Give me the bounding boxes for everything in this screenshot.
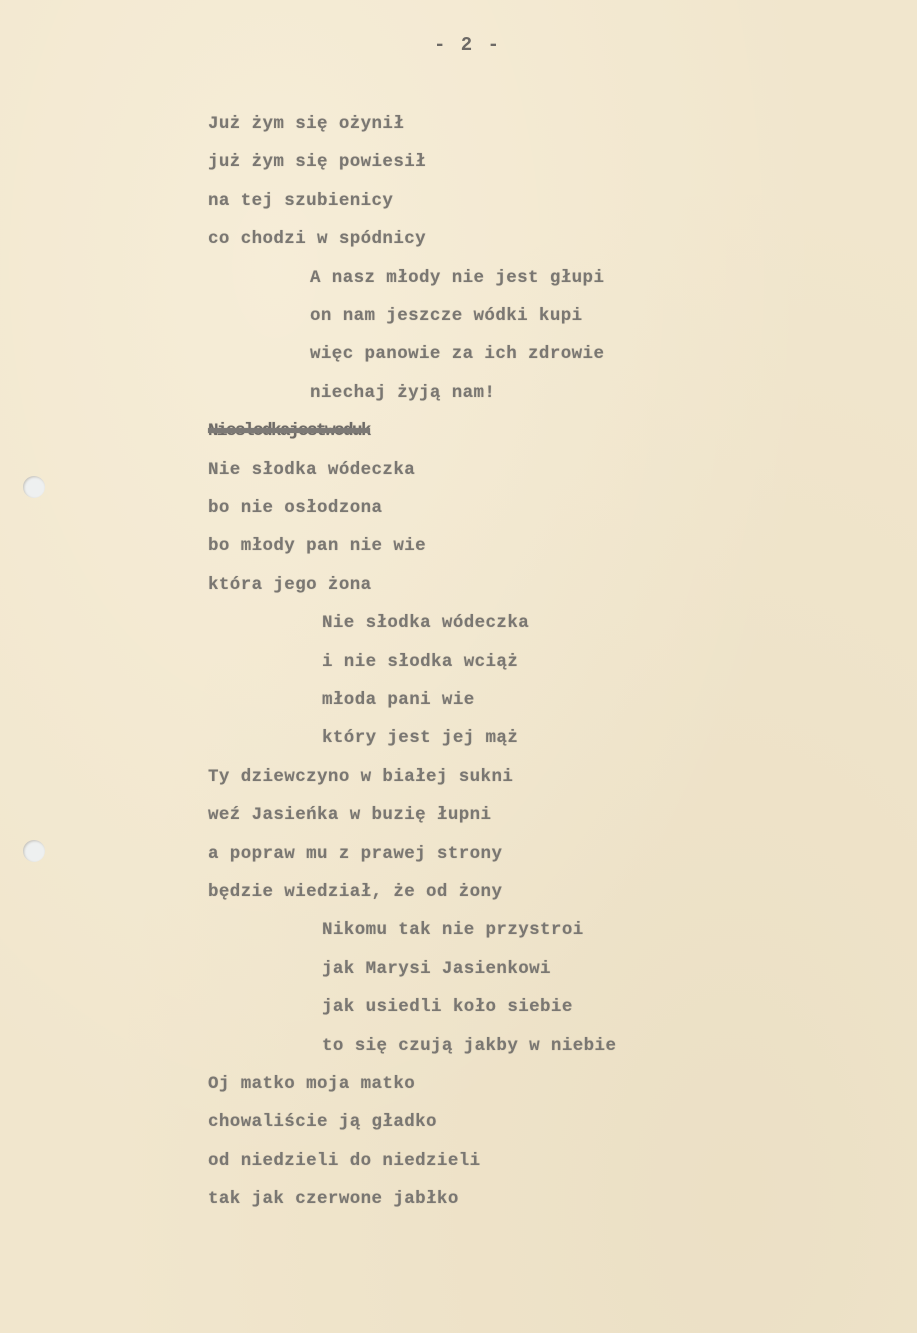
poem-line: Ty dziewczyno w białej sukni [208, 766, 513, 788]
poem-line: on nam jeszcze wódki kupi [310, 305, 583, 327]
poem-line: to się czują jakby w niebie [322, 1035, 616, 1057]
poem-line: Oj matko moja matko [208, 1073, 415, 1095]
poem-line: który jest jej mąż [322, 727, 518, 749]
poem-line: weź Jasieńka w buzię łupni [208, 804, 491, 826]
punch-hole [23, 476, 45, 498]
poem-line: jak usiedli koło siebie [322, 996, 573, 1018]
struck-out-line: Nieslodkajestwoduk [208, 420, 370, 442]
typewritten-page: - 2 - Już żym się ożyniłjuż żym się powi… [0, 0, 917, 1333]
poem-line: i nie słodka wciąż [322, 651, 518, 673]
poem-line: bo młody pan nie wie [208, 535, 426, 557]
page-number: - 2 - [0, 34, 917, 56]
poem-line: od niedzieli do niedzieli [208, 1150, 481, 1172]
poem-line: co chodzi w spódnicy [208, 228, 426, 250]
poem-line: która jego żona [208, 574, 372, 596]
poem-line: A nasz młody nie jest głupi [310, 267, 604, 289]
poem-line: będzie wiedział, że od żony [208, 881, 502, 903]
poem-line: Nie słodka wódeczka [208, 459, 415, 481]
poem-line: bo nie osłodzona [208, 497, 382, 519]
poem-line: więc panowie za ich zdrowie [310, 343, 604, 365]
poem-line: Nie słodka wódeczka [322, 612, 529, 634]
punch-hole [23, 840, 45, 862]
poem-line: a popraw mu z prawej strony [208, 843, 502, 865]
poem-line: jak Marysi Jasienkowi [322, 958, 551, 980]
poem-line: niechaj żyją nam! [310, 382, 495, 404]
poem-line: młoda pani wie [322, 689, 475, 711]
poem-line: na tej szubienicy [208, 190, 393, 212]
poem-line: tak jak czerwone jabłko [208, 1188, 459, 1210]
poem-line: chowaliście ją gładko [208, 1111, 437, 1133]
poem-line: Nikomu tak nie przystroi [322, 919, 584, 941]
poem-line: Już żym się ożynił [208, 113, 404, 135]
poem-line: już żym się powiesił [208, 151, 426, 173]
